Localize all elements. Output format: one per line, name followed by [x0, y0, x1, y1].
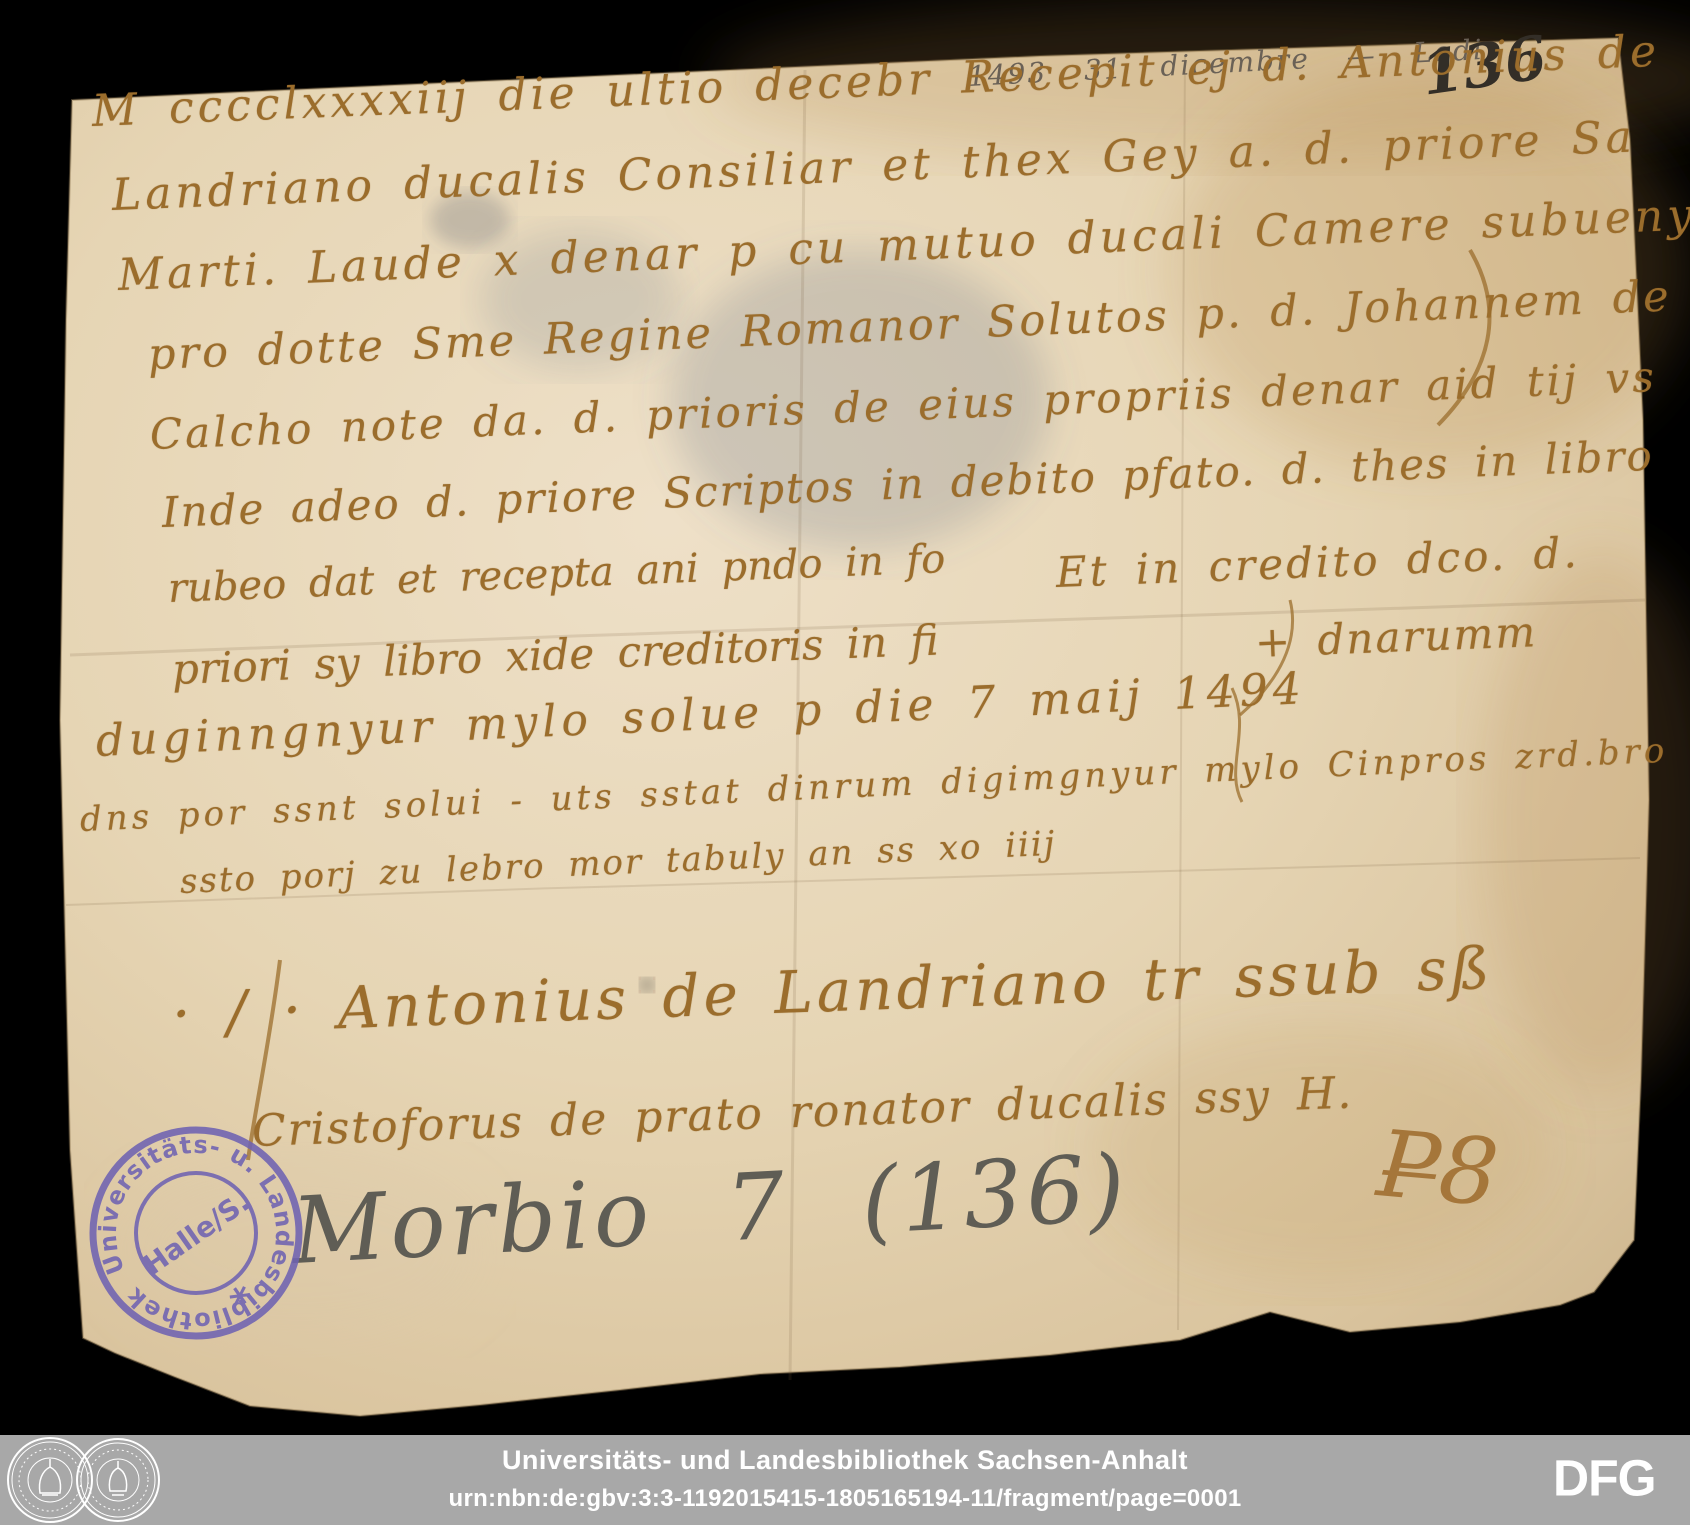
library-ownership-stamp: Universitäts- u. Landesbibliothek Halle/…	[78, 1115, 314, 1351]
footer-urn: urn:nbn:de:gbv:3:3-1192015415-1805165194…	[0, 1485, 1690, 1513]
stamp-center-text: Halle/S.	[137, 1185, 255, 1282]
footer-library-name: Universitäts- und Landesbibliothek Sachs…	[0, 1445, 1690, 1476]
footer-text-block: Universitäts- und Landesbibliothek Sachs…	[0, 1445, 1690, 1513]
dfg-logo: DFG	[1553, 1448, 1656, 1507]
footer-bar: Universitäts- und Landesbibliothek Sachs…	[0, 1435, 1690, 1525]
digitized-manuscript-view: 1493 31 dicembre — Lodi 136 M cccclxxxxi…	[0, 0, 1690, 1525]
notarial-mark: P̶8	[1373, 1110, 1502, 1227]
